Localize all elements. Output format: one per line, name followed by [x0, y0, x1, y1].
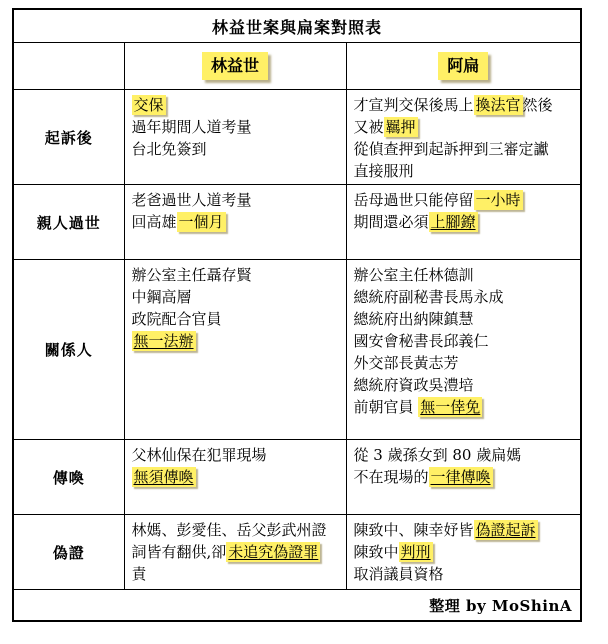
plain-text: 辦公室主任聶存賢	[132, 266, 252, 284]
highlighted-text: 無一法辦	[132, 331, 196, 351]
header-row: 林益世 阿扁	[13, 43, 581, 90]
column-header-linyishi: 林益世	[202, 52, 268, 80]
plain-text: 國安會秘書長邱義仁	[354, 332, 489, 350]
table-row: 偽證林媽、彭愛佳、岳父彭武州證詞皆有翻供,卻未追究偽證罪責陳致中、陳幸妤皆偽證起…	[13, 515, 581, 590]
plain-text: 期間還必須	[354, 213, 429, 231]
highlighted-text: 換法官	[474, 95, 523, 115]
text-line: 無一法辦	[132, 330, 344, 352]
plain-text: 林媽、彭愛佳、岳父彭武州證	[132, 521, 327, 539]
text-line: 無須傳喚	[132, 466, 344, 488]
plain-text: 然後	[523, 96, 553, 114]
cell-abian: 陳致中、陳幸妤皆偽證起訴陳致中判刑取消議員資格	[346, 515, 581, 590]
text-line: 責	[132, 563, 344, 585]
cell-linyishi: 父林仙保在犯罪現場無須傳喚	[124, 440, 346, 515]
text-line: 台北免簽到	[132, 138, 344, 160]
plain-text: 辦公室主任林德訓	[354, 266, 474, 284]
text-line: 老爸過世人道考量	[132, 189, 344, 211]
plain-text: 詞皆有翻供,卻	[132, 543, 227, 561]
text-line: 陳致中判刑	[354, 541, 579, 563]
plain-text: 總統府出納陳鎮慧	[354, 310, 474, 328]
plain-text: 父林仙保在犯罪現場	[132, 446, 267, 464]
text-line: 交保	[132, 94, 344, 116]
cell-abian: 岳母過世只能停留一小時期間還必須上腳鐐	[346, 185, 581, 260]
row-label: 親人過世	[13, 185, 124, 260]
plain-text: 才宣判交保後馬上	[354, 96, 474, 114]
title-row: 林益世案與扁案對照表	[13, 9, 581, 43]
highlighted-text: 判刑	[399, 542, 433, 562]
row-label: 傳喚	[13, 440, 124, 515]
text-line: 總統府出納陳鎮慧	[354, 308, 579, 330]
text-line: 回高雄一個月	[132, 211, 344, 233]
row-label: 起訴後	[13, 90, 124, 185]
highlighted-text: 一律傳喚	[429, 467, 493, 487]
row-label: 偽證	[13, 515, 124, 590]
table-row: 關係人辦公室主任聶存賢中鋼高層政院配合官員無一法辦辦公室主任林德訓總統府副秘書長…	[13, 260, 581, 440]
plain-text: 前朝官員	[354, 398, 419, 416]
text-line: 前朝官員 無一倖免	[354, 396, 579, 418]
table-row: 起訴後交保過年期間人道考量台北免簽到才宣判交保後馬上換法官然後又被羈押從偵查押到…	[13, 90, 581, 185]
text-line: 政院配合官員	[132, 308, 344, 330]
text-line: 林媽、彭愛佳、岳父彭武州證	[132, 519, 344, 541]
plain-text: 總統府副秘書長馬永成	[354, 288, 504, 306]
plain-text: 外交部長黃志芳	[354, 354, 459, 372]
text-line: 從偵查押到起訴押到三審定讞	[354, 138, 579, 160]
header-cell-abian: 阿扁	[346, 43, 581, 90]
plain-text: 中鋼高層	[132, 288, 192, 306]
footer-row: 整理 by MoShinA	[13, 590, 581, 622]
plain-text: 不在現場的	[354, 468, 429, 486]
text-line: 直接服刑	[354, 160, 579, 182]
text-line: 取消議員資格	[354, 563, 579, 585]
cell-linyishi: 老爸過世人道考量回高雄一個月	[124, 185, 346, 260]
text-line: 詞皆有翻供,卻未追究偽證罪	[132, 541, 344, 563]
plain-text: 台北免簽到	[132, 140, 207, 158]
cell-abian: 從 3 歲孫女到 80 歲扁媽不在現場的一律傳喚	[346, 440, 581, 515]
plain-text: 陳致中、陳幸妤皆	[354, 521, 474, 539]
plain-text: 直接服刑	[354, 162, 414, 180]
highlighted-text: 未追究偽證罪	[226, 542, 320, 562]
plain-text: 岳母過世只能停留	[354, 191, 474, 209]
plain-text: 取消議員資格	[354, 565, 444, 583]
plain-text: 回高雄	[132, 213, 177, 231]
cell-linyishi: 辦公室主任聶存賢中鋼高層政院配合官員無一法辦	[124, 260, 346, 440]
plain-text: 又被	[354, 118, 384, 136]
highlighted-text: 無須傳喚	[132, 467, 196, 487]
plain-text: 陳致中	[354, 543, 399, 561]
text-line: 不在現場的一律傳喚	[354, 466, 579, 488]
highlighted-text: 交保	[132, 95, 166, 115]
highlighted-text: 偽證起訴	[474, 520, 538, 540]
plain-text: 政院配合官員	[132, 310, 222, 328]
text-line: 陳致中、陳幸妤皆偽證起訴	[354, 519, 579, 541]
credit-line: 整理 by MoShinA	[13, 590, 581, 622]
text-line: 總統府資政吳澧培	[354, 374, 579, 396]
text-line: 總統府副秘書長馬永成	[354, 286, 579, 308]
cell-linyishi: 交保過年期間人道考量台北免簽到	[124, 90, 346, 185]
comparison-table: 林益世案與扁案對照表 林益世 阿扁 起訴後交保過年期間人道考量台北免簽到才宣判交…	[12, 8, 582, 622]
text-line: 才宣判交保後馬上換法官然後	[354, 94, 579, 116]
text-line: 期間還必須上腳鐐	[354, 211, 579, 233]
highlighted-text: 羈押	[384, 117, 418, 137]
text-line: 國安會秘書長邱義仁	[354, 330, 579, 352]
row-label: 關係人	[13, 260, 124, 440]
cell-linyishi: 林媽、彭愛佳、岳父彭武州證詞皆有翻供,卻未追究偽證罪責	[124, 515, 346, 590]
text-line: 父林仙保在犯罪現場	[132, 444, 344, 466]
plain-text: 總統府資政吳澧培	[354, 376, 474, 394]
text-line: 中鋼高層	[132, 286, 344, 308]
plain-text: 從偵查押到起訴押到三審定讞	[354, 140, 549, 158]
header-cell-linyishi: 林益世	[124, 43, 346, 90]
header-empty-cell	[13, 43, 124, 90]
column-header-abian: 阿扁	[438, 52, 488, 80]
plain-text: 過年期間人道考量	[132, 118, 252, 136]
text-line: 辦公室主任聶存賢	[132, 264, 344, 286]
plain-text: 責	[132, 565, 147, 583]
text-line: 又被羈押	[354, 116, 579, 138]
table-row: 傳喚父林仙保在犯罪現場無須傳喚從 3 歲孫女到 80 歲扁媽不在現場的一律傳喚	[13, 440, 581, 515]
highlighted-text: 一小時	[474, 190, 523, 210]
cell-abian: 才宣判交保後馬上換法官然後又被羈押從偵查押到起訴押到三審定讞直接服刑	[346, 90, 581, 185]
highlighted-text: 無一倖免	[418, 397, 482, 417]
text-line: 辦公室主任林德訓	[354, 264, 579, 286]
table-row: 親人過世老爸過世人道考量回高雄一個月岳母過世只能停留一小時期間還必須上腳鐐	[13, 185, 581, 260]
cell-abian: 辦公室主任林德訓總統府副秘書長馬永成總統府出納陳鎮慧國安會秘書長邱義仁外交部長黃…	[346, 260, 581, 440]
plain-text: 從 3 歲孫女到 80 歲扁媽	[354, 446, 522, 464]
highlighted-text: 一個月	[177, 212, 226, 232]
text-line: 過年期間人道考量	[132, 116, 344, 138]
table-title: 林益世案與扁案對照表	[13, 9, 581, 43]
plain-text: 老爸過世人道考量	[132, 191, 252, 209]
text-line: 岳母過世只能停留一小時	[354, 189, 579, 211]
highlighted-text: 上腳鐐	[429, 212, 478, 232]
text-line: 從 3 歲孫女到 80 歲扁媽	[354, 444, 579, 466]
text-line: 外交部長黃志芳	[354, 352, 579, 374]
